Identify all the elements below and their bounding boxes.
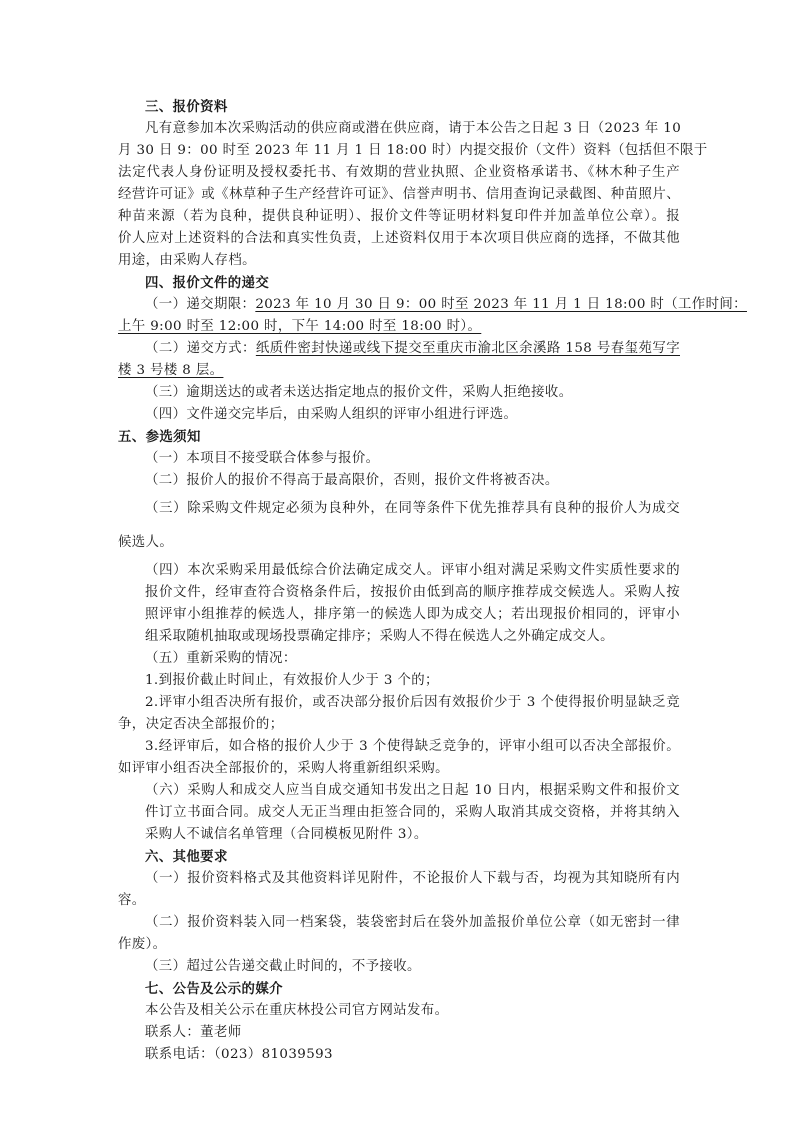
method-text-cont: 楼 3 号楼 8 层。 bbox=[118, 362, 223, 380]
deadline-text-cont: 上午 9:00 时至 12:00 时，下午 14:00 时至 18:00 时）。 bbox=[118, 318, 481, 336]
paragraph-line: 经营许可证》或《林草种子生产经营许可证》、信誉声明书、信用查询记录截图、种苗照片… bbox=[118, 186, 680, 204]
item-line: （三）除采购文件规定必须为良种外，在同等条件下优先推荐具有良种的报价人为成交 bbox=[145, 500, 680, 518]
item-line: （二）报价资料装入同一档案袋，装袋密封后在袋外加盖报价单位公章（如无密封一律 bbox=[145, 914, 680, 932]
contact-phone-number: （023）81039593 bbox=[214, 1047, 333, 1062]
contact-person-name: 董老师 bbox=[200, 1025, 241, 1040]
paragraph-line: 月 30 日 9：00 时至 2023 年 11 月 1 日 18:00 时）内… bbox=[118, 142, 680, 160]
submission-deadline: （一）递交期限：2023 年 10 月 30 日 9：00 时至 2023 年 … bbox=[145, 296, 680, 314]
item-line: （五）重新采购的情况： bbox=[145, 650, 297, 668]
contact-phone: 联系电话：（023）81039593 bbox=[145, 1046, 333, 1064]
item-line: （四）文件递交完毕后，由采购人组织的评审小组进行评选。 bbox=[145, 406, 517, 424]
item-line: 2.评审小组否决所有报价，或否决部分报价后因有效报价少于 3 个使得报价明显缺乏… bbox=[145, 694, 680, 712]
item-line: 如评审小组否决全部报价的，采购人将重新组织采购。 bbox=[118, 760, 449, 778]
section-heading-6: 六、其他要求 bbox=[145, 848, 228, 866]
item-line: 3.经评审后，如合格的报价人少于 3 个使得缺乏竞争的，评审小组可以否决全部报价… bbox=[145, 738, 680, 756]
item-line: 组采取随机抽取或现场投票确定排序；采购人不得在候选人之外确定成交人。 bbox=[145, 628, 680, 646]
item-line: 容。 bbox=[118, 892, 146, 910]
method-text: 纸质件密封快递或线下提交至重庆市渝北区余溪路 158 号春玺苑写字 bbox=[256, 341, 680, 356]
section-heading-5: 五、参选须知 bbox=[118, 428, 201, 446]
item-label: （二）递交方式： bbox=[145, 341, 256, 356]
paragraph-line: 价人应对上述资料的合法和真实性负责，上述资料仅用于本次项目供应商的选择，不做其他 bbox=[118, 230, 680, 248]
submission-method: （二）递交方式：纸质件密封快递或线下提交至重庆市渝北区余溪路 158 号春玺苑写… bbox=[145, 340, 680, 358]
item-line: （三）逾期送达的或者未送达指定地点的报价文件，采购人拒绝接收。 bbox=[145, 384, 573, 402]
item-line: 报价文件，经审查符合资格条件后，按报价由低到高的顺序推荐成交候选人。采购人按 bbox=[145, 584, 680, 602]
section-heading-7: 七、公告及公示的媒介 bbox=[145, 980, 283, 998]
contact-phone-label: 联系电话： bbox=[145, 1047, 214, 1062]
item-line: （三）超过公告递交截止时间的，不予接收。 bbox=[145, 958, 421, 976]
item-line: （四）本次采购采用最低综合价法确定成交人。评审小组对满足采购文件实质性要求的 bbox=[145, 562, 680, 580]
paragraph-line: 本公告及相关公示在重庆林投公司官方网站发布。 bbox=[145, 1002, 448, 1020]
section-heading-3: 三、报价资料 bbox=[145, 98, 228, 116]
section-heading-4: 四、报价文件的递交 bbox=[145, 274, 269, 292]
deadline-text: 2023 年 10 月 30 日 9：00 时至 2023 年 11 月 1 日… bbox=[255, 297, 747, 312]
item-line: （二）报价人的报价不得高于最高限价，否则，报价文件将被否决。 bbox=[145, 472, 559, 490]
item-line: 采购人不诚信名单管理（合同模板见附件 3）。 bbox=[145, 826, 428, 844]
paragraph-line: 凡有意参加本次采购活动的供应商或潜在供应商，请于本公告之日起 3 日（2023 … bbox=[145, 120, 680, 138]
item-line: （六）采购人和成交人应当自成交通知书发出之日起 10 日内，根据采购文件和报价文 bbox=[145, 782, 680, 800]
item-line: （一）报价资料格式及其他资料详见附件，不论报价人下载与否，均视为其知晓所有内 bbox=[145, 870, 680, 888]
document-page: 三、报价资料 凡有意参加本次采购活动的供应商或潜在供应商，请于本公告之日起 3 … bbox=[0, 0, 800, 1132]
item-line: 件订立书面合同。成交人无正当理由拒签合同的，采购人取消其成交资格，并将其纳入 bbox=[145, 804, 680, 822]
item-line: 照评审小组推荐的候选人，排序第一的候选人即为成交人；若出现报价相同的，评审小 bbox=[145, 606, 680, 624]
item-line: 争，决定否决全部报价的； bbox=[118, 716, 284, 734]
contact-person-label: 联系人： bbox=[145, 1025, 200, 1040]
item-line: 1.到报价截止时间止，有效报价人少于 3 个的； bbox=[145, 672, 439, 690]
item-line: （一）本项目不接受联合体参与报价。 bbox=[145, 450, 379, 468]
paragraph-line: 种苗来源（若为良种，提供良种证明）、报价文件等证明材料复印件并加盖单位公章）。报 bbox=[118, 208, 680, 226]
item-line: 作废）。 bbox=[118, 936, 166, 954]
paragraph-line: 用途，由采购人存档。 bbox=[118, 252, 256, 270]
item-label: （一）递交期限： bbox=[145, 297, 255, 312]
contact-person: 联系人：董老师 bbox=[145, 1024, 242, 1042]
item-line: 候选人。 bbox=[118, 534, 173, 552]
paragraph-line: 法定代表人身份证明及授权委托书、有效期的营业执照、企业资格承诺书、《林木种子生产 bbox=[118, 164, 680, 182]
